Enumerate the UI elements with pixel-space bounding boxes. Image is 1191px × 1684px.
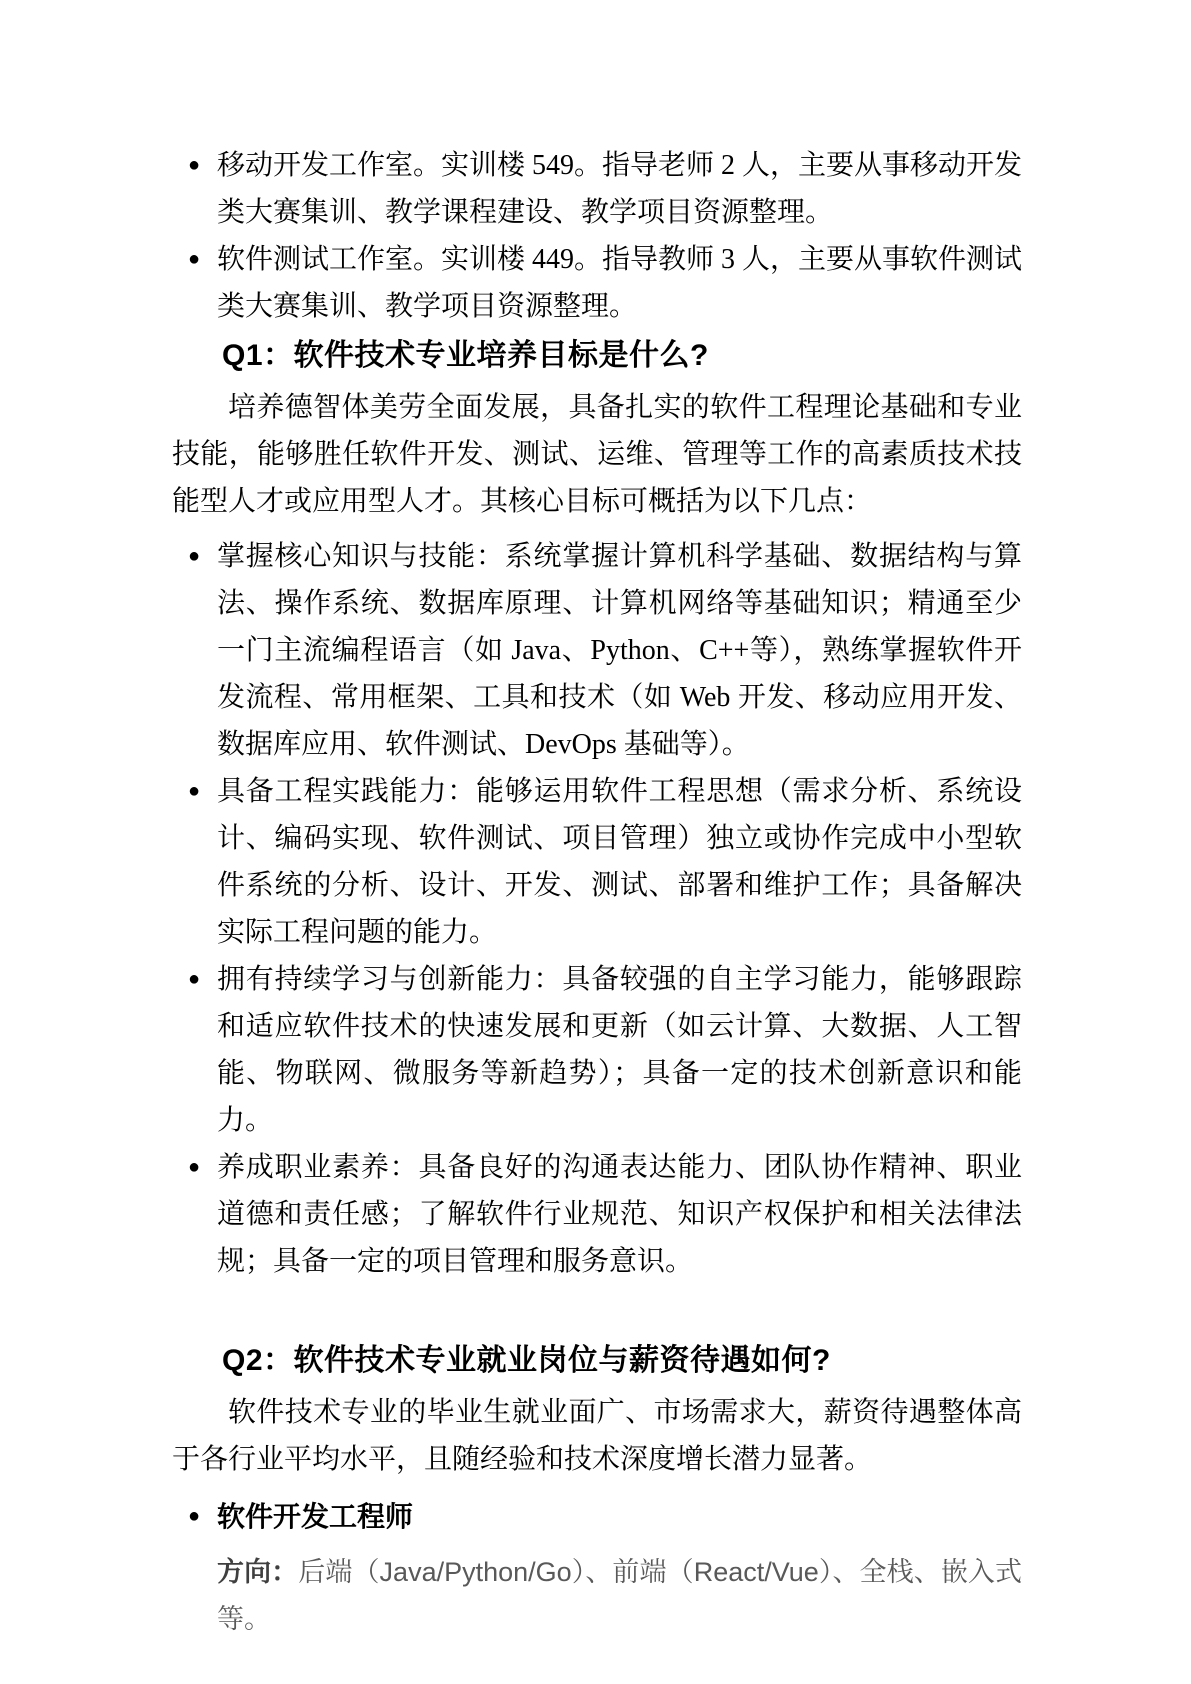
- intro-bullet-text: 软件测试工作室。实训楼 449。指导教师 3 人，主要从事软件测试类大赛集训、教…: [217, 244, 1022, 322]
- bullet-icon: ●: [188, 768, 212, 815]
- bullet-icon: ●: [188, 956, 212, 1003]
- list-item: ● 养成职业素养：具备良好的沟通表达能力、团队协作精神、职业道德和责任感；了解软…: [172, 1144, 1022, 1285]
- list-item: ● 移动开发工作室。实训楼 549。指导老师 2 人，主要从事移动开发类大赛集训…: [172, 142, 1022, 236]
- q1-bullet-text: 掌握核心知识与技能：系统掌握计算机科学基础、数据结构与算法、操作系统、数据库原理…: [217, 541, 1022, 760]
- intro-bullet-list: ● 移动开发工作室。实训楼 549。指导老师 2 人，主要从事移动开发类大赛集训…: [172, 142, 1022, 330]
- bullet-icon: ●: [188, 1493, 212, 1540]
- list-item: ● 软件测试工作室。实训楼 449。指导教师 3 人，主要从事软件测试类大赛集训…: [172, 236, 1022, 330]
- q2-job-list: ● 软件开发工程师: [172, 1493, 1022, 1541]
- bullet-icon: ●: [188, 142, 212, 189]
- q2-heading: Q2：软件技术专业就业岗位与薪资待遇如何?: [222, 1341, 1022, 1381]
- q1-paragraph: 培养德智体美劳全面发展，具备扎实的软件工程理论基础和专业技能，能够胜任软件开发、…: [172, 384, 1022, 525]
- list-item: ● 软件开发工程师: [172, 1493, 1022, 1541]
- q2-paragraph: 软件技术专业的毕业生就业面广、市场需求大，薪资待遇整体高于各行业平均水平，且随经…: [172, 1389, 1022, 1483]
- list-item: ● 拥有持续学习与创新能力：具备较强的自主学习能力，能够跟踪和适应软件技术的快速…: [172, 956, 1022, 1144]
- q1-bullet-text: 具备工程实践能力：能够运用软件工程思想（需求分析、系统设计、编码实现、软件测试、…: [217, 776, 1022, 948]
- intro-bullet-text: 移动开发工作室。实训楼 549。指导老师 2 人，主要从事移动开发类大赛集训、教…: [217, 150, 1022, 228]
- job-direction-text: 后端（Java/Python/Go）、前端（React/Vue）、全栈、嵌入式等…: [217, 1557, 1022, 1634]
- q1-bullet-text: 拥有持续学习与创新能力：具备较强的自主学习能力，能够跟踪和适应软件技术的快速发展…: [217, 964, 1022, 1136]
- q1-bullet-text: 养成职业素养：具备良好的沟通表达能力、团队协作精神、职业道德和责任感；了解软件行…: [217, 1152, 1022, 1277]
- bullet-icon: ●: [188, 533, 212, 580]
- q1-bullet-list: ● 掌握核心知识与技能：系统掌握计算机科学基础、数据结构与算法、操作系统、数据库…: [172, 533, 1022, 1285]
- q1-heading: Q1：软件技术专业培养目标是什么?: [222, 336, 1022, 376]
- job-title: 软件开发工程师: [217, 1501, 413, 1532]
- bullet-icon: ●: [188, 1144, 212, 1191]
- list-item: ● 具备工程实践能力：能够运用软件工程思想（需求分析、系统设计、编码实现、软件测…: [172, 768, 1022, 956]
- job-direction-label: 方向：: [217, 1557, 298, 1587]
- bullet-icon: ●: [188, 236, 212, 283]
- list-item: ● 掌握核心知识与技能：系统掌握计算机科学基础、数据结构与算法、操作系统、数据库…: [172, 533, 1022, 768]
- job-direction-line: 方向：后端（Java/Python/Go）、前端（React/Vue）、全栈、嵌…: [172, 1549, 1022, 1643]
- document-page: ● 移动开发工作室。实训楼 549。指导老师 2 人，主要从事移动开发类大赛集训…: [0, 0, 1191, 1684]
